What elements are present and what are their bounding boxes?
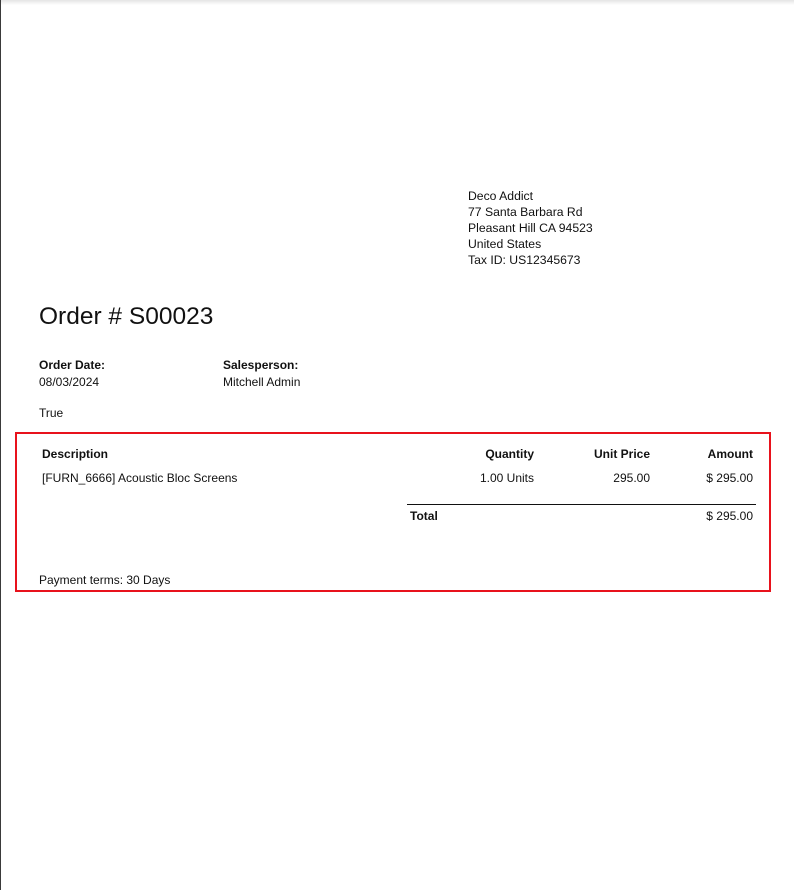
customer-address: Deco Addict 77 Santa Barbara Rd Pleasant… [468,188,593,268]
customer-name: Deco Addict [468,188,593,204]
header-unit-price: Unit Price [594,447,650,461]
salesperson-block: Salesperson: Mitchell Admin [223,357,300,391]
header-description: Description [42,447,108,461]
order-title: Order # S00023 [39,303,213,331]
order-note: True [39,406,63,420]
salesperson-value: Mitchell Admin [223,374,300,391]
customer-street: 77 Santa Barbara Rd [468,204,593,220]
payment-terms: Payment terms: 30 Days [39,573,170,587]
header-quantity: Quantity [485,447,534,461]
page-top-shadow [0,0,794,5]
customer-tax-id: Tax ID: US12345673 [468,252,593,268]
total-divider [407,504,756,505]
total-label: Total [410,509,438,523]
order-date-label: Order Date: [39,357,105,374]
order-date-value: 08/03/2024 [39,374,105,391]
page-left-edge [0,0,1,890]
customer-country: United States [468,236,593,252]
customer-city: Pleasant Hill CA 94523 [468,220,593,236]
order-date-block: Order Date: 08/03/2024 [39,357,105,391]
header-amount: Amount [708,447,753,461]
order-lines-highlight [15,432,771,592]
line-unit-price: 295.00 [613,471,650,485]
line-quantity: 1.00 Units [480,471,534,485]
line-description: [FURN_6666] Acoustic Bloc Screens [42,471,237,485]
salesperson-label: Salesperson: [223,357,300,374]
line-amount: $ 295.00 [706,471,753,485]
total-value: $ 295.00 [706,509,753,523]
